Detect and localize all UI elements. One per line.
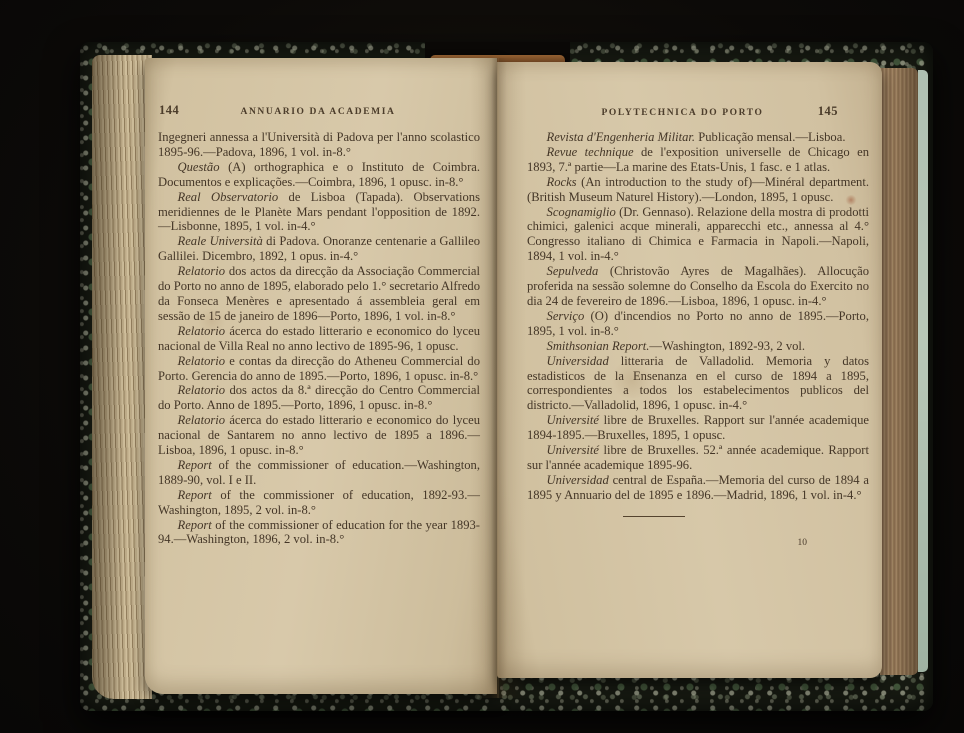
entry-lead: Relatorio <box>178 354 226 368</box>
entry-lead: Universidad <box>547 473 609 487</box>
entry-lead: Université <box>547 443 599 457</box>
entry-text: Publicação mensal.—Lisboa. <box>695 130 845 144</box>
right-page-header: POLYTECHNICA DO PORTO 145 <box>527 104 838 119</box>
left-page: 144 ANNUARIO DA ACADEMIA Ingegneri annes… <box>145 58 497 694</box>
bibliography-entry: Smithsonian Report.—Washington, 1892-93,… <box>527 339 869 354</box>
bibliography-entry: Serviço (O) d'incendios no Porto no anno… <box>527 309 869 339</box>
page-edges-left <box>92 55 152 699</box>
bibliography-entry: Rocks (An introduction to the study of)—… <box>527 175 869 205</box>
signature-mark: 10 <box>527 536 869 551</box>
bibliography-entry: Universidad litteraria de Valladolid. Me… <box>527 354 869 414</box>
bibliography-entry: Scognamiglio (Dr. Gennaso). Relazione de… <box>527 205 869 265</box>
page-number: 145 <box>780 104 838 119</box>
entry-lead: Real Observatorio <box>178 190 279 204</box>
bibliography-entry: Relatorio dos actos da 8.ª direcção do C… <box>158 383 480 413</box>
endpaper-edge <box>918 70 928 672</box>
entry-lead: Report <box>178 458 212 472</box>
entry-lead: Universidad <box>547 354 609 368</box>
entry-lead: Report <box>178 518 212 532</box>
page-edges-right <box>880 68 918 675</box>
bibliography-entry: Université libre de Bruxelles. Rapport s… <box>527 413 869 443</box>
entry-lead: Reale Università <box>178 234 263 248</box>
entry-lead: Report <box>178 488 212 502</box>
running-title: POLYTECHNICA DO PORTO <box>585 108 780 118</box>
bibliography-entry: Relatorio ácerca do estado litterario e … <box>158 324 480 354</box>
entry-lead: Sepulveda <box>547 264 599 278</box>
entry-lead: Smithsonian Report. <box>547 339 650 353</box>
section-divider-rule <box>623 516 685 517</box>
bibliography-entry: Real Observatorio de Lisboa (Tapada). Ob… <box>158 190 480 235</box>
right-page: POLYTECHNICA DO PORTO 145 Revista d'Enge… <box>497 62 882 678</box>
entry-lead: Questão <box>178 160 220 174</box>
bibliography-entry: Ingegneri annessa a l'Università di Pado… <box>158 130 480 160</box>
page-number: 144 <box>159 103 217 118</box>
entry-lead: Rocks <box>547 175 577 189</box>
bibliography-entry: Revista d'Engenheria Militar. Publicação… <box>527 130 869 145</box>
entry-text: —Washington, 1892-93, 2 vol. <box>649 339 805 353</box>
entry-lead: Serviço <box>547 309 585 323</box>
entry-lead: Scognamiglio <box>547 205 616 219</box>
open-book: 144 ANNUARIO DA ACADEMIA Ingegneri annes… <box>80 42 933 711</box>
entry-lead: Relatorio <box>178 264 226 278</box>
entry-lead: Revista d'Engenheria Militar. <box>547 130 696 144</box>
bibliography-entry: Report of the commissioner of education.… <box>158 458 480 488</box>
entry-lead: Revue technique <box>547 145 634 159</box>
entry-lead: Relatorio <box>178 383 226 397</box>
bibliography-entry: Relatorio e contas da direcção do Athene… <box>158 354 480 384</box>
entry-lead: Relatorio <box>178 413 226 427</box>
bibliography-entry: Université libre de Bruxelles. 52.ª anné… <box>527 443 869 473</box>
bibliography-entry: Sepulveda (Christovão Ayres de Magalhães… <box>527 264 869 309</box>
bibliography-entry: Reale Università di Padova. Onoranze cen… <box>158 234 480 264</box>
bibliography-entry: Universidad central de España.—Memoria d… <box>527 473 869 503</box>
entry-text: (An introduction to the study of)—Minéra… <box>527 175 869 204</box>
left-page-text: Ingegneri annessa a l'Università di Pado… <box>158 130 480 547</box>
entry-text: Ingegneri annessa a l'Università di Pado… <box>158 130 480 159</box>
bibliography-entry: Relatorio ácerca do estado litterario e … <box>158 413 480 458</box>
bibliography-entry: Report of the commissioner of education … <box>158 518 480 548</box>
left-page-header: 144 ANNUARIO DA ACADEMIA <box>159 103 477 118</box>
entry-lead: Relatorio <box>178 324 226 338</box>
bibliography-entry: Report of the commissioner of education,… <box>158 488 480 518</box>
photo-background: 144 ANNUARIO DA ACADEMIA Ingegneri annes… <box>0 0 964 733</box>
entry-lead: Université <box>547 413 599 427</box>
bibliography-entry: Questão (A) orthographica e o Instituto … <box>158 160 480 190</box>
bibliography-entry: Relatorio dos actos da direcção da Assoc… <box>158 264 480 324</box>
bibliography-entry: Revue technique de l'exposition universe… <box>527 145 869 175</box>
right-page-text: Revista d'Engenheria Militar. Publicação… <box>527 130 869 551</box>
running-title: ANNUARIO DA ACADEMIA <box>217 107 419 117</box>
